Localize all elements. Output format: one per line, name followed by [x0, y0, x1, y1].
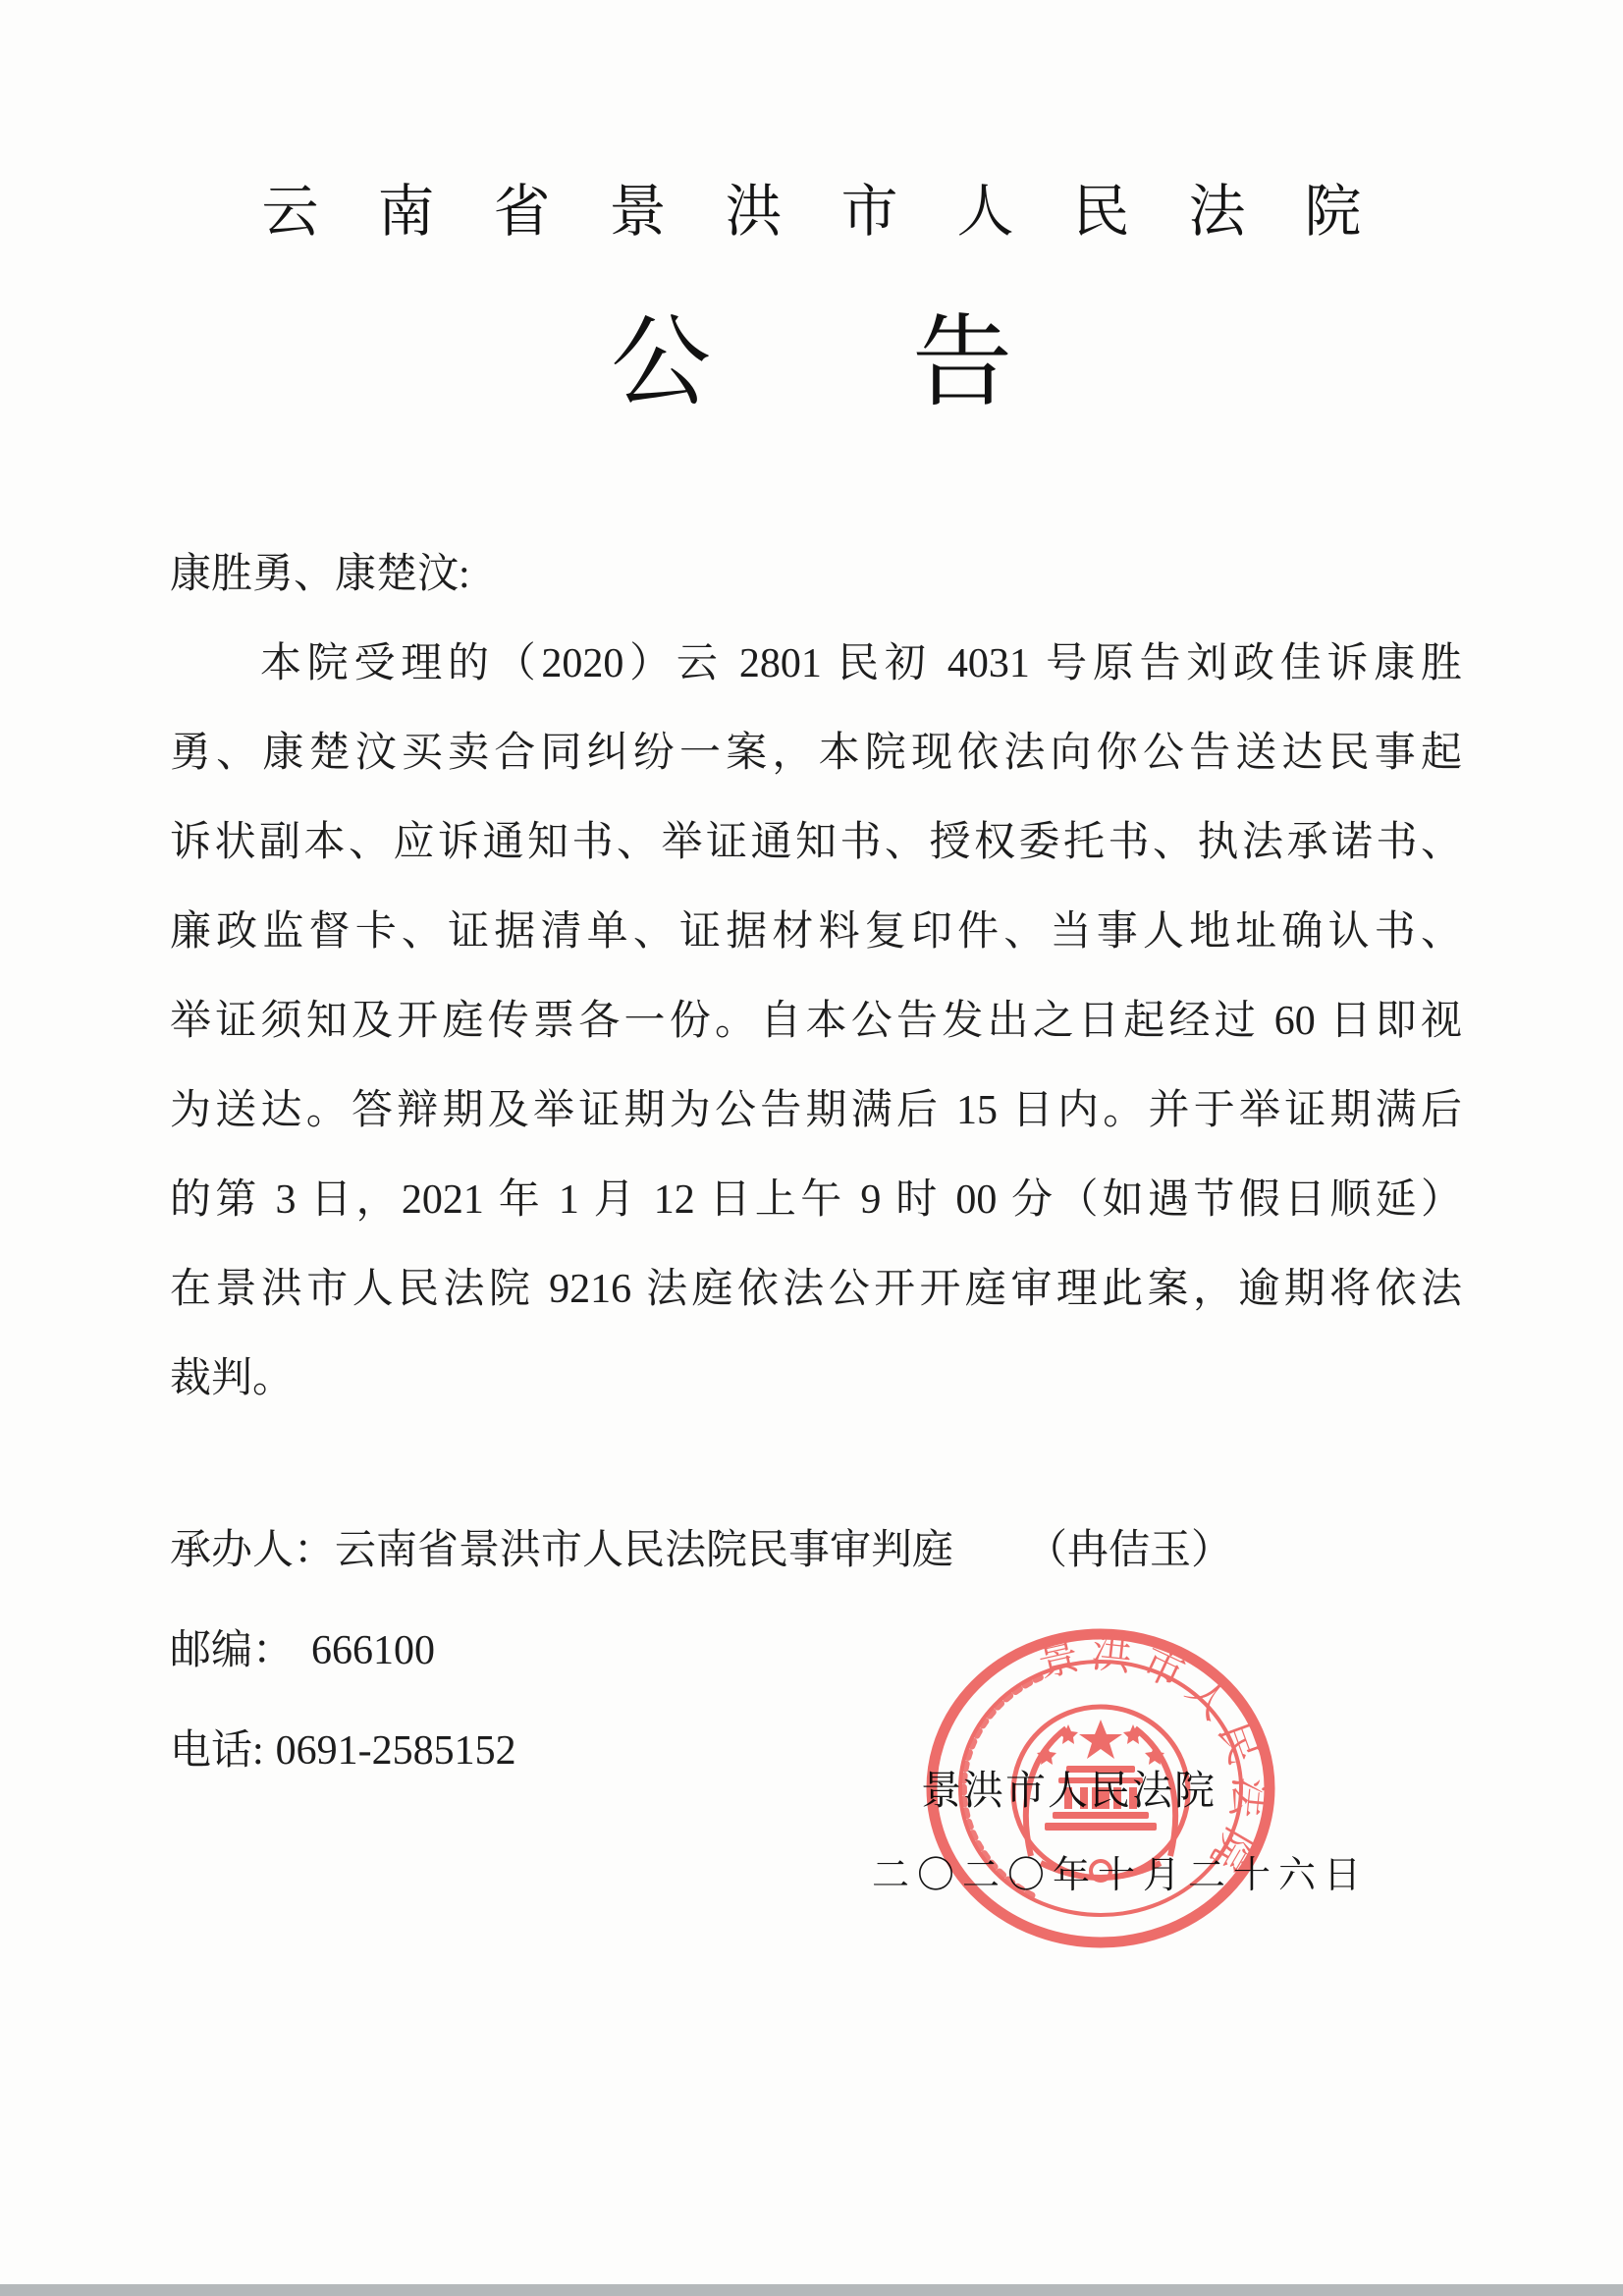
- seal-national-emblem: [1013, 1707, 1188, 1881]
- body-line-last: 裁判。: [170, 1335, 1462, 1424]
- body-line: 为送达。答辩期及举证期为公告期满后 15 日内。并于举证期满后: [170, 1066, 1462, 1156]
- handler-label: 承办人：: [170, 1528, 335, 1573]
- body-line: 的第 3 日，2021 年 1 月 12 日上午 9 时 00 分（如遇节假日顺…: [170, 1156, 1462, 1245]
- handler-row: 承办人：云南省景洪市人民法院民事审判庭（冉佶玉）: [170, 1501, 1232, 1601]
- handler-value: 云南省景洪市人民法院民事审判庭: [335, 1528, 953, 1573]
- body-line: 在景洪市人民法院 9216 法庭依法公开开庭审理此案，逾期将依法: [170, 1245, 1462, 1335]
- scan-bottom-edge: [0, 2284, 1623, 2296]
- body-line: 本院受理的（2020）云 2801 民初 4031 号原告刘政佳诉康胜: [170, 620, 1462, 709]
- notice-body: 康胜勇、康楚汶: 本院受理的（2020）云 2801 民初 4031 号原告刘政…: [170, 530, 1462, 1424]
- postcode-value: 666100: [311, 1628, 435, 1673]
- body-line: 廉政监督卡、证据清单、证据材料复印件、当事人地址确认书、: [170, 888, 1462, 977]
- body-line: 举证须知及开庭传票各一份。自本公告发出之日起经过 60 日即视: [170, 977, 1462, 1066]
- phone-value: 0691-2585152: [276, 1728, 516, 1774]
- recipient-line: 康胜勇、康楚汶:: [170, 530, 1462, 620]
- emblem-gate-icon: [1045, 1766, 1157, 1831]
- emblem-big-star-icon: [1079, 1720, 1122, 1759]
- postcode-label: 邮编：: [170, 1628, 294, 1673]
- body-line: 勇、康楚汶买卖合同纠纷一案，本院现依法向你公告送达民事起: [170, 709, 1462, 798]
- handler-name: （冉佶玉）: [1026, 1528, 1232, 1573]
- phone-label: 电话:: [170, 1728, 264, 1774]
- court-title: 云南省景洪市人民法院: [0, 165, 1623, 247]
- notice-title: 公告: [0, 283, 1623, 426]
- court-notice-document: 云南省景洪市人民法院 公告 康胜勇、康楚汶: 本院受理的（2020）云 2801…: [0, 0, 1623, 2296]
- body-line: 诉状副本、应诉通知书、举证通知书、授权委托书、执法承诺书、: [170, 798, 1462, 888]
- official-seal-stamp: 景洪市人民法院: [921, 1625, 1280, 1955]
